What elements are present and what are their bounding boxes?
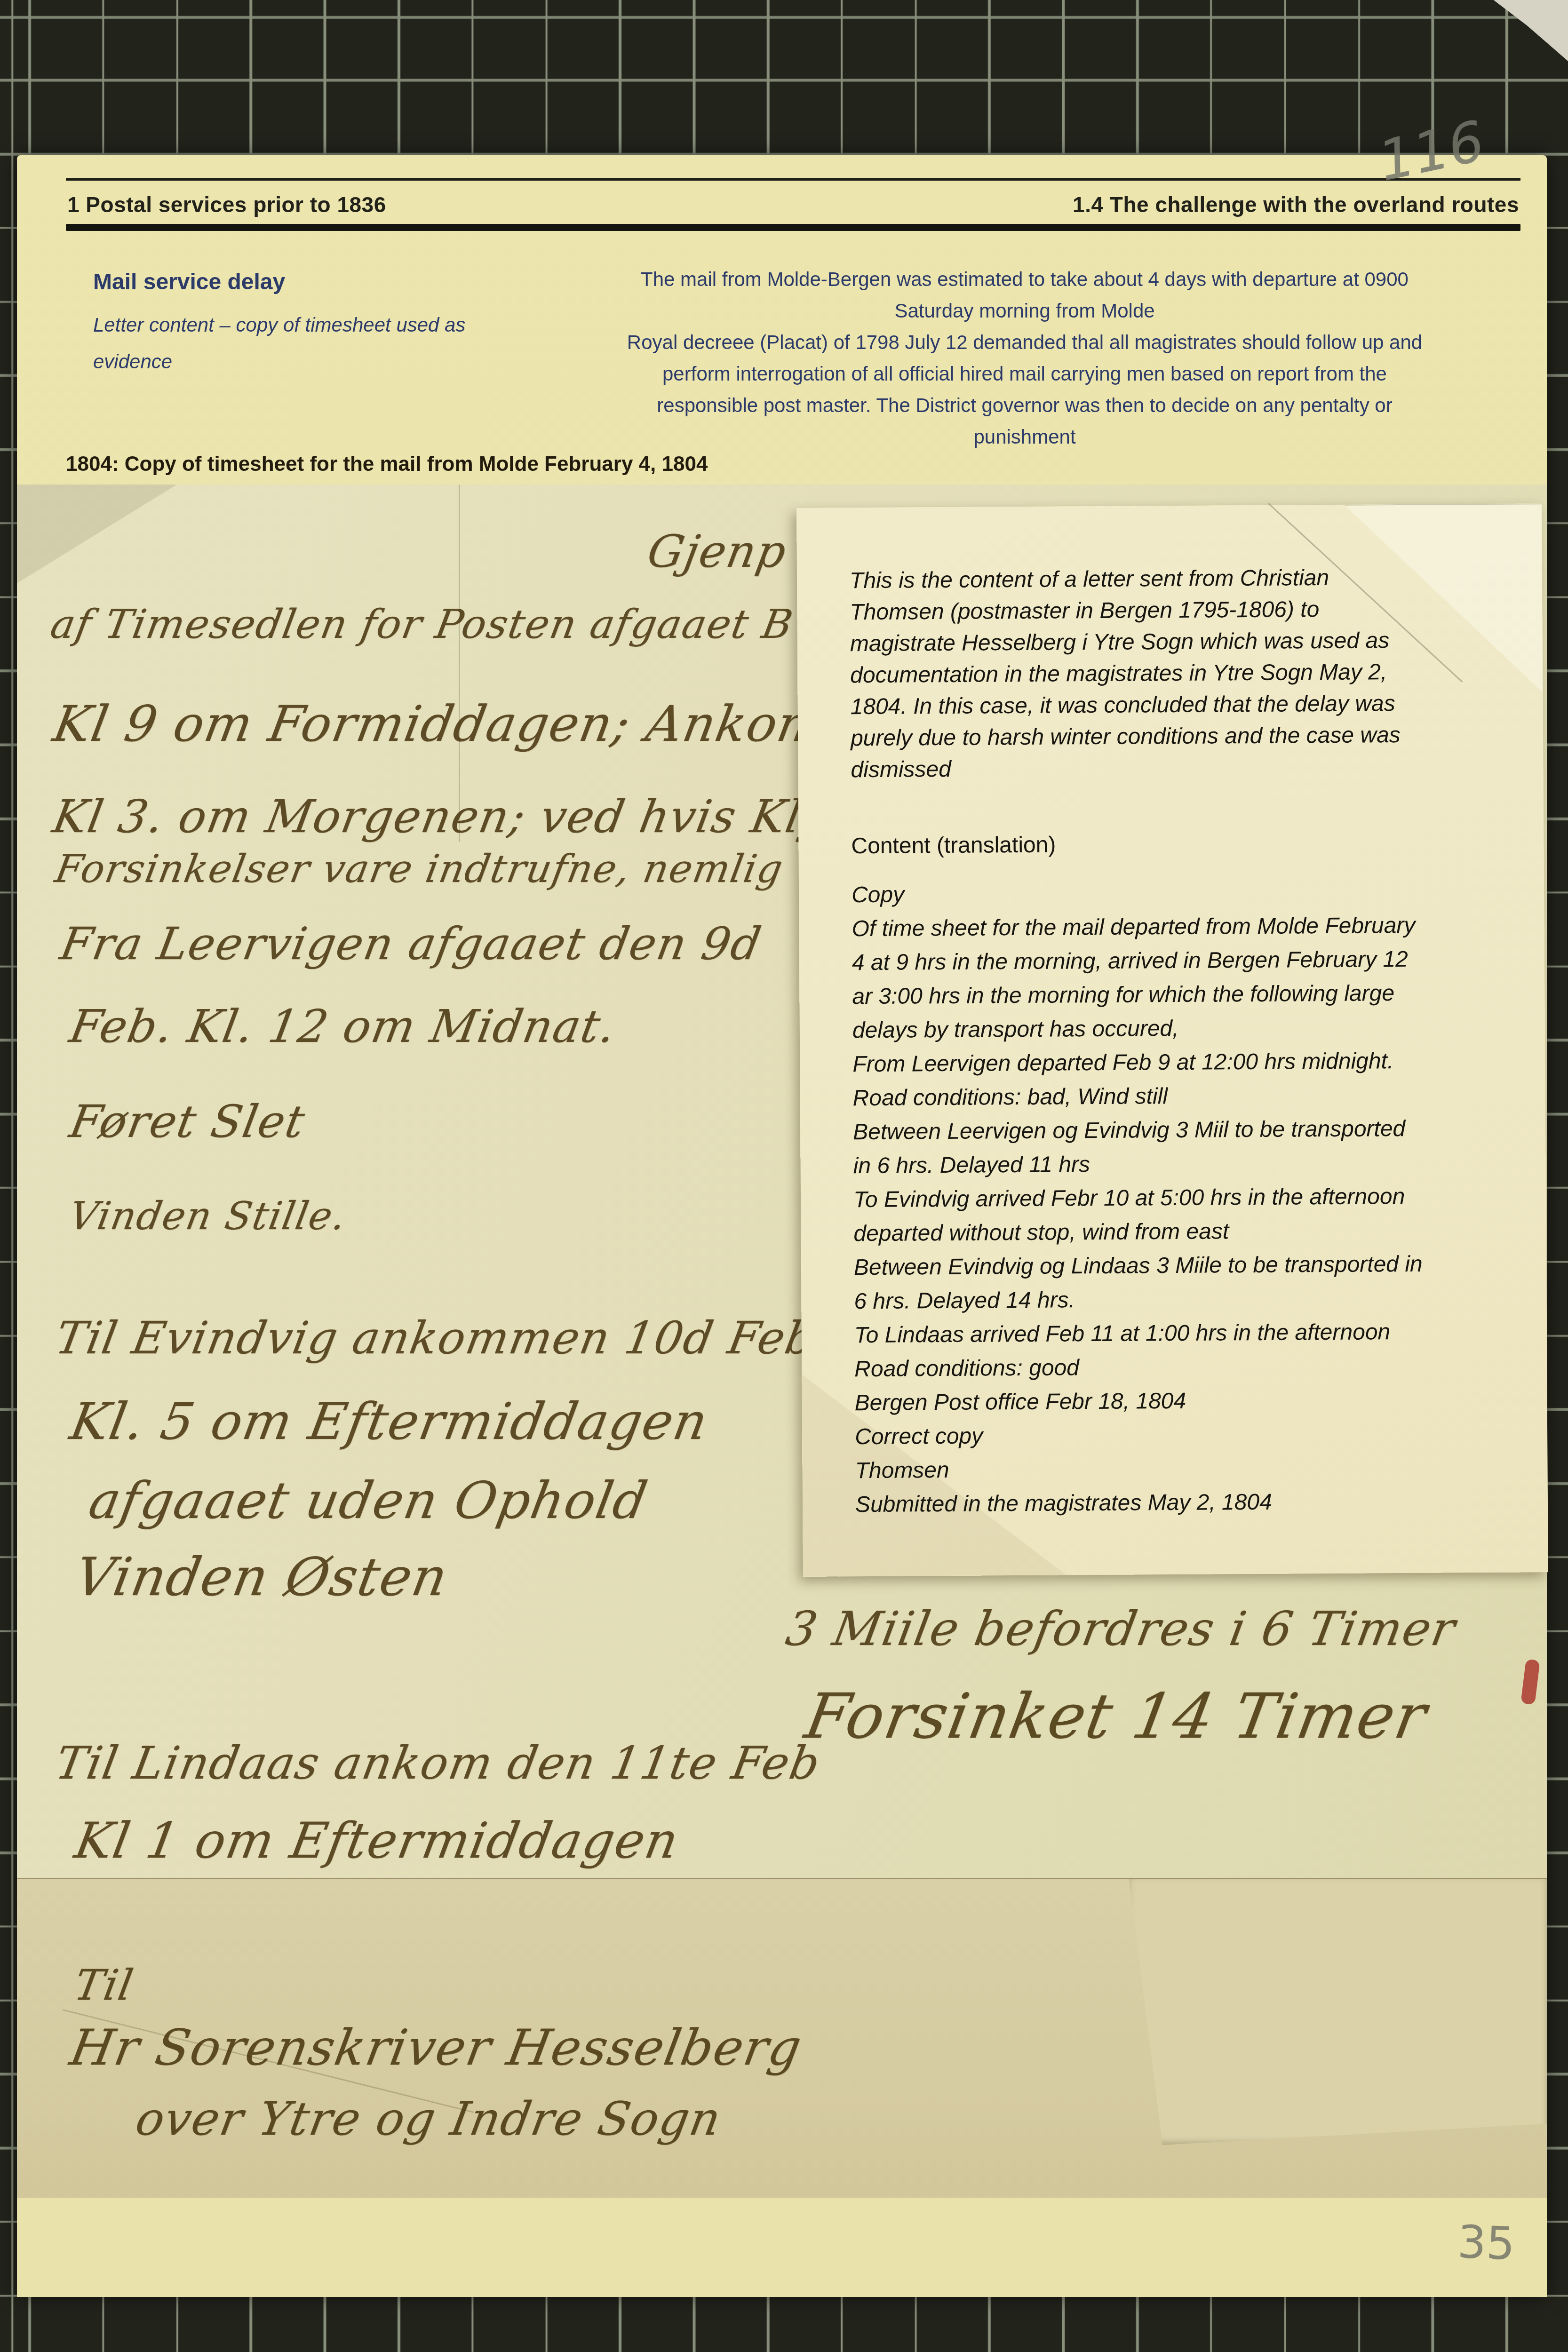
card-translation-line: delays by transport has occured,: [852, 1009, 1520, 1048]
card-translation-line: Road conditions: bad, Wind still: [853, 1077, 1521, 1115]
handwriting-line: Til Lindaas ankom den 11te Feb: [52, 1737, 825, 1789]
handwriting-line: Føret Slet: [66, 1096, 309, 1148]
handwriting-line: afgaaet uden Ophold: [85, 1471, 652, 1530]
card-translation-line: To Evindvig arrived Febr 10 at 5:00 hrs …: [853, 1179, 1521, 1217]
card-translation-line: departed without stop, wind from east: [853, 1213, 1521, 1251]
card-translation-line: From Leervigen departed Feb 9 at 12:00 h…: [852, 1043, 1520, 1081]
card-translation-line: Correct copy: [855, 1416, 1523, 1454]
item-caption: 1804: Copy of timesheet for the mail fro…: [66, 453, 708, 476]
handwriting-line: Vinden Stille.: [66, 1194, 350, 1239]
manuscript-crease: [459, 485, 460, 842]
top-border-rule: [66, 178, 1520, 181]
card-translation-line: 4 at 9 hrs in the morning, arrived in Be…: [852, 942, 1520, 980]
handwriting-line: 3 Miile befordres i 6 Timer: [782, 1601, 1460, 1656]
handwriting-line: Gjenp: [644, 526, 791, 578]
handwriting-line: Vinden Østen: [71, 1547, 453, 1608]
card-translation-line: Copy: [852, 874, 1520, 912]
handwriting-line: Til: [71, 1961, 137, 2010]
card-translation-line: 6 hrs. Delayed 14 hrs.: [854, 1280, 1522, 1319]
header-underline-rule: [66, 224, 1520, 231]
page-subject-title: Mail service delay: [93, 269, 285, 295]
handwriting-line: Fra Leervigen afgaaet den 9d: [56, 918, 765, 970]
handwriting-line: Feb. Kl. 12 om Midnat.: [66, 1000, 620, 1053]
subtitle-line: Letter content – copy of timesheet used …: [93, 307, 465, 343]
translation-card: This is the content of a letter sent fro…: [796, 503, 1548, 1577]
card-intro-line: documentation in the magistrates in Ytre…: [850, 655, 1518, 691]
card-intro-line: dismissed: [851, 750, 1519, 786]
exhibit-chapter-title: 1 Postal services prior to 1836: [67, 192, 386, 217]
card-intro-line: purely due to harsh winter conditions an…: [851, 718, 1519, 754]
description-line: responsible post master. The District go…: [539, 389, 1510, 421]
exhibit-section-title: 1.4 The challenge with the overland rout…: [1073, 192, 1519, 217]
card-intro-paragraph: This is the content of a letter sent fro…: [850, 561, 1519, 786]
card-translation-line: Between Leervigen og Evindvig 3 Miil to …: [853, 1111, 1521, 1149]
handwriting-line: Kl 9 om Formiddagen; Ankom: [49, 695, 831, 753]
card-intro-line: magistrate Hesselberg i Ytre Sogn which …: [850, 624, 1518, 660]
description-line: perform interrogation of all official hi…: [539, 358, 1510, 389]
card-translation-line: Of time sheet for the mail departed from…: [852, 908, 1520, 946]
handwriting-line: Kl 1 om Eftermiddagen: [71, 1812, 683, 1869]
card-translation-line: ar 3:00 hrs in the morning for which the…: [852, 976, 1520, 1014]
page-description-paragraph: The mail from Molde-Bergen was estimated…: [539, 263, 1510, 453]
manuscript-envelope-flap: [1129, 1879, 1547, 2145]
handwriting-line: Kl 3. om Morgenen; ved hvis Kly: [49, 790, 833, 843]
card-translation-line: To Lindaas arrived Feb 11 at 1:00 hrs in…: [854, 1314, 1522, 1352]
card-translation-line: Road conditions: good: [854, 1348, 1522, 1386]
card-translation-line: Thomsen: [855, 1450, 1523, 1488]
card-translation-line: Bergen Post office Febr 18, 1804: [854, 1382, 1522, 1420]
handwriting-line: Kl. 5 om Eftermiddagen: [66, 1392, 713, 1451]
handwriting-line: af Timesedlen for Posten afgaaet B: [47, 601, 797, 648]
card-translation-line: in 6 hrs. Delayed 11 hrs: [853, 1145, 1521, 1183]
description-line: Saturday morning from Molde: [539, 295, 1510, 326]
subtitle-line: evidence: [93, 343, 465, 380]
page-subject-subtitle: Letter content – copy of timesheet used …: [93, 307, 465, 380]
description-line: punishment: [539, 421, 1510, 453]
album-page-bottom-strip: [17, 2198, 1547, 2297]
card-intro-line: This is the content of a letter sent fro…: [850, 561, 1518, 596]
card-intro-line: Thomsen (postmaster in Bergen 1795-1806)…: [850, 592, 1518, 628]
handwriting-line: Forsinket 14 Timer: [800, 1680, 1433, 1753]
handwriting-line: over Ytre og Indre Sogn: [132, 2092, 725, 2146]
card-intro-line: 1804. In this case, it was concluded tha…: [850, 687, 1518, 723]
pencil-page-number-bottom: 35: [1457, 2216, 1516, 2270]
description-line: The mail from Molde-Bergen was estimated…: [539, 263, 1510, 295]
handwriting-line: Forsinkelser vare indtrufne, nemlig: [52, 847, 787, 891]
card-translation-text: Copy Of time sheet for the mail departed…: [852, 874, 1523, 1522]
card-translation-line: Submitted in the magistrates May 2, 1804: [855, 1484, 1523, 1522]
handwriting-line: Til Evindvig ankommen 10d Feb:: [52, 1312, 836, 1364]
card-translation-line: Between Evindvig og Lindaas 3 Miile to b…: [854, 1247, 1522, 1285]
card-section-label: Content (translation): [851, 828, 1519, 860]
description-line: Royal decreee (Placat) of 1798 July 12 d…: [539, 326, 1510, 358]
handwriting-line: Hr Sorenskriver Hesselberg: [66, 2019, 806, 2076]
